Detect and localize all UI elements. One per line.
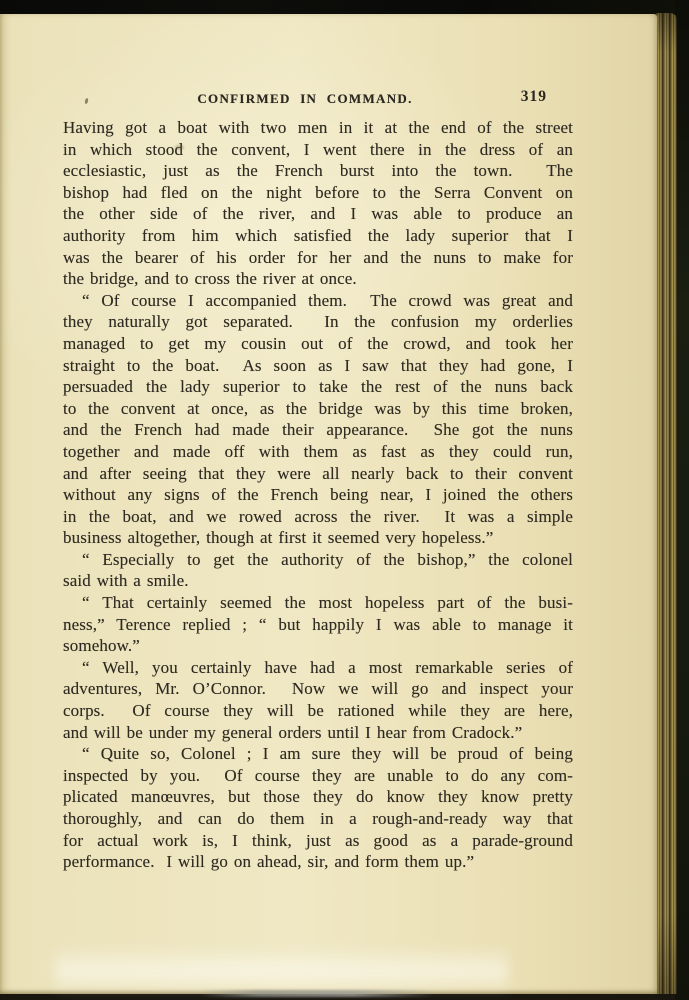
text-line: together and made off with them as fast … — [63, 441, 573, 463]
text-line: Having got a boat with two men in it at … — [63, 117, 573, 139]
page-edge-stack — [656, 13, 677, 994]
text-line: to the convent at once, as the bridge wa… — [63, 398, 573, 420]
text-line: said with a smile. — [63, 570, 573, 592]
text-line: in the boat, and we rowed across the riv… — [63, 506, 573, 528]
text-line: “ Especially to get the authority of the… — [63, 549, 573, 571]
running-title: CONFIRMED IN COMMAND. — [197, 91, 412, 106]
text-line: adventures, Mr. O’Connor. Now we will go… — [63, 678, 573, 700]
text-line: inspected by you. Of course they are una… — [63, 765, 573, 787]
text-line: “ Of course I accompanied them. The crow… — [63, 290, 573, 312]
text-line: business altogether, though at first it … — [63, 527, 573, 549]
text-line: bishop had fled on the night before to t… — [63, 182, 573, 204]
text-line: and after seeing that they were all near… — [63, 463, 573, 485]
text-line: they naturally got separated. In the con… — [63, 311, 573, 333]
text-line: for actual work is, I think, just as goo… — [63, 830, 573, 852]
text-line: somehow.” — [63, 635, 573, 657]
text-line: performance. I will go on ahead, sir, an… — [63, 851, 573, 873]
text-line: and will be under my general orders unti… — [63, 722, 573, 744]
text-line: “ Quite so, Colonel ; I am sure they wil… — [63, 743, 573, 765]
text-line: without any signs of the French being ne… — [63, 484, 573, 506]
page-header: CONFIRMED IN COMMAND. 319 — [63, 90, 547, 110]
text-line: plicated manœuvres, but those they do kn… — [63, 786, 573, 808]
text-line: in which stood the convent, I went there… — [63, 139, 573, 161]
text-line: ecclesiastic, just as the French burst i… — [63, 160, 573, 182]
page-number: 319 — [521, 88, 547, 106]
text-line: thoroughly, and can do them in a rough-a… — [63, 808, 573, 830]
book-cover-top-edge — [0, 0, 689, 15]
text-line: authority from him which satisfied the l… — [63, 225, 573, 247]
book-cover-right — [675, 0, 689, 1000]
text-line: ness,” Terence replied ; “ but happily I… — [63, 614, 573, 636]
text-line: the bridge, and to cross the river at on… — [63, 268, 573, 290]
scanned-book-photo: CONFIRMED IN COMMAND. 319 Having got a b… — [0, 0, 689, 1000]
book-page: CONFIRMED IN COMMAND. 319 Having got a b… — [0, 14, 658, 994]
text-line: and the French had made their appearance… — [63, 419, 573, 441]
text-line: straight to the boat. As soon as I saw t… — [63, 355, 573, 377]
page-text: Having got a boat with two men in it at … — [63, 117, 573, 873]
text-line: corps. Of course they will be rationed w… — [63, 700, 573, 722]
text-line: was the bearer of his order for her and … — [63, 247, 573, 269]
text-line: managed to get my cousin out of the crow… — [63, 333, 573, 355]
scan-smudge — [200, 990, 435, 997]
text-line: “ That certainly seemed the most hopeles… — [63, 592, 573, 614]
text-line: the other side of the river, and I was a… — [63, 203, 573, 225]
text-line: persuaded the lady superior to take the … — [63, 376, 573, 398]
text-line: “ Well, you certainly have had a most re… — [63, 657, 573, 679]
